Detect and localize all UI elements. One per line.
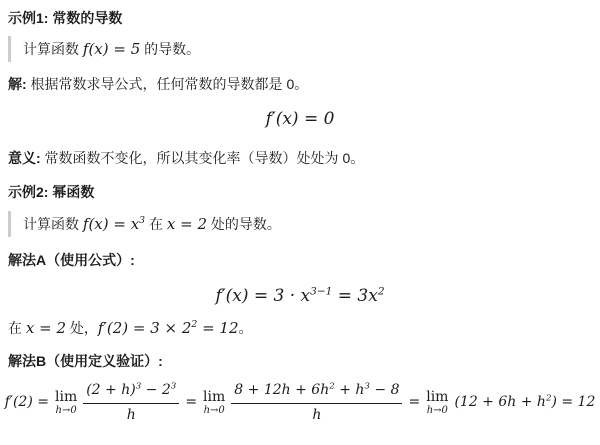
quote-text: 的导数。	[140, 41, 200, 57]
exponent: 3−1	[310, 285, 332, 297]
quote-text: 处的导数。	[207, 216, 281, 232]
fraction: 8 + 12h + 6h2 + h3 − 8h	[231, 382, 402, 424]
math-text: − 2	[141, 382, 171, 398]
math-text: − 8	[370, 382, 400, 398]
text: 处，	[66, 320, 98, 336]
math-text: f′(2) = 3 × 2	[98, 319, 192, 337]
math-text: (2 + h)	[86, 382, 135, 398]
quote-text: 在	[145, 216, 167, 232]
inline-math: f(x) = x3	[83, 215, 145, 233]
equals-sign: =	[185, 394, 197, 412]
math-text: + h	[335, 382, 365, 398]
math-document: 示例1: 常数的导数 计算函数 f(x) = 5 的导数。 解: 根据常数求导公…	[0, 0, 600, 445]
example1-solution: 解: 根据常数求导公式，任何常数的导数都是 0。	[8, 76, 592, 93]
example1-meaning: 意义: 常数函数不变化，所以其变化率（导数）处处为 0。	[8, 150, 592, 167]
method-a-heading: 解法A（使用公式）:	[8, 252, 592, 268]
limit-operator: limh→0	[203, 390, 225, 416]
inline-math: x = 2	[26, 319, 66, 337]
solution-text: 根据常数求导公式，任何常数的导数都是 0。	[27, 76, 309, 92]
math-text: = 3x	[332, 286, 377, 306]
math-text: ) = 12	[551, 394, 595, 410]
inline-math: f(x) = 5	[83, 40, 140, 58]
display-formula-constant: f′(x) = 0	[8, 107, 592, 131]
fraction: (2 + h)3 − 23h	[83, 382, 179, 424]
meaning-label: 意义:	[8, 150, 41, 166]
lim-word: lim	[203, 390, 225, 404]
numerator: 8 + 12h + 6h2 + h3 − 8	[231, 382, 402, 404]
math-text: f′(x) = 3 · x	[215, 286, 310, 306]
meaning-text: 常数函数不变化，所以其变化率（导数）处处为 0。	[41, 150, 365, 166]
lim-subscript: h→0	[427, 406, 448, 416]
exponent: 3	[171, 381, 177, 391]
example1-quote: 计算函数 f(x) = 5 的导数。	[8, 36, 592, 62]
display-formula-power: f′(x) = 3 · x3−1 = 3x2	[8, 284, 592, 308]
example2-quote: 计算函数 f(x) = x3 在 x = 2 处的导数。	[8, 211, 592, 237]
inline-math: f′(2) = 3 × 22 = 12	[98, 319, 239, 337]
example1-heading: 示例1: 常数的导数	[8, 10, 592, 26]
limit-operator: limh→0	[55, 390, 77, 416]
denominator: h	[127, 404, 136, 425]
denominator: h	[312, 404, 321, 425]
math-tail: (12 + 6h + h2) = 12	[454, 394, 595, 412]
method-b-heading: 解法B（使用定义验证）:	[8, 353, 592, 369]
inline-math: x = 2	[167, 215, 207, 233]
math-text: (12 + 6h + h	[454, 394, 545, 410]
display-formula-limit: f′(2) = limh→0 (2 + h)3 − 23h = limh→0 8…	[8, 382, 592, 424]
exponent: 2	[378, 285, 385, 297]
text: 在	[8, 320, 26, 336]
equals-sign: =	[408, 394, 420, 412]
example2-heading: 示例2: 幂函数	[8, 184, 592, 200]
evaluation-line: 在 x = 2 处，f′(2) = 3 × 22 = 12。	[8, 320, 592, 337]
math-lhs: f′(2) =	[5, 394, 49, 412]
limit-operator: limh→0	[426, 390, 448, 416]
math-text: 8 + 12h + 6h	[234, 382, 329, 398]
lim-subscript: h→0	[204, 406, 225, 416]
solution-label: 解:	[8, 76, 27, 92]
numerator: (2 + h)3 − 23	[83, 382, 179, 404]
math-text: f(x) = x	[83, 215, 139, 233]
text: 。	[239, 320, 253, 336]
lim-word: lim	[55, 390, 77, 404]
math-text: = 12	[197, 319, 238, 337]
quote-text: 计算函数	[23, 41, 83, 57]
quote-text: 计算函数	[23, 216, 83, 232]
lim-word: lim	[426, 390, 448, 404]
lim-subscript: h→0	[56, 406, 77, 416]
